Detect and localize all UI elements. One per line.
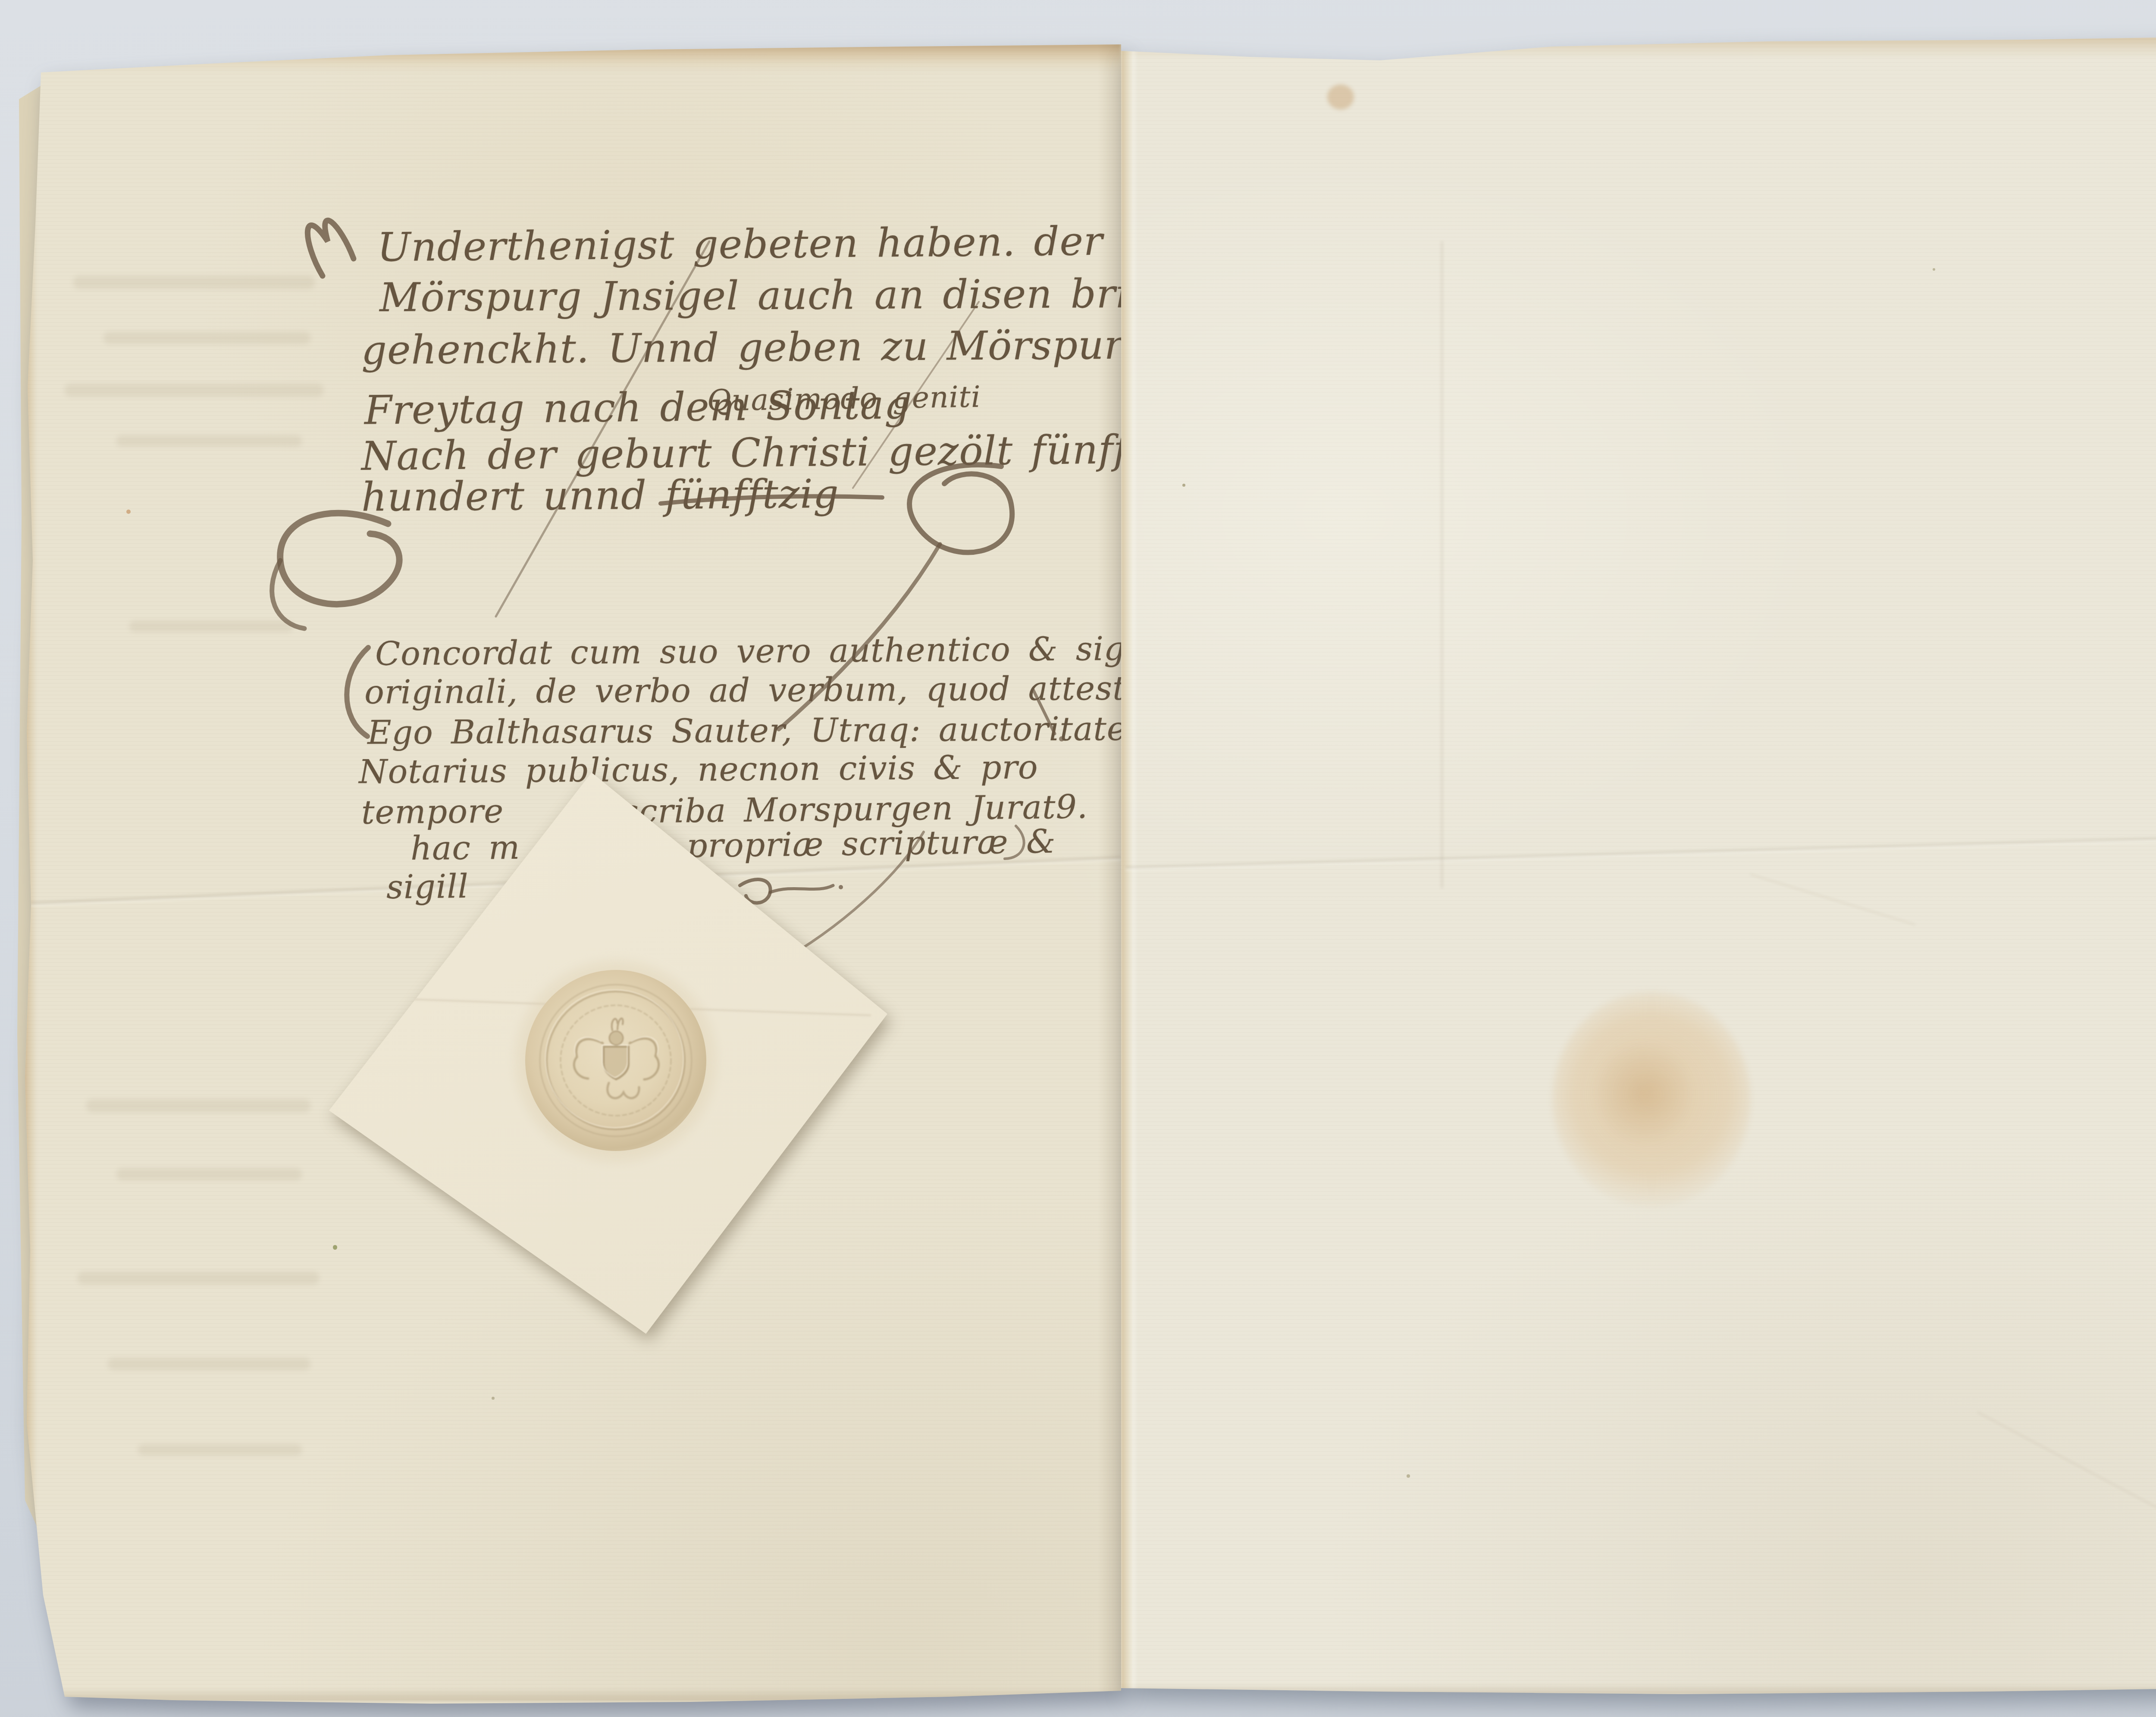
right-page-bottom-edge xyxy=(1121,1684,2156,1695)
right-page-vertical-crease xyxy=(1441,241,1443,888)
stain-core xyxy=(1595,1043,1690,1142)
small-top-stain xyxy=(1327,84,1354,109)
paper-fleck xyxy=(1407,1474,1410,1478)
paper-fleck xyxy=(1182,484,1185,487)
manuscript-photo: Underthenigst gebeten haben. der Statt M… xyxy=(0,0,2156,1717)
right-page-bottom-crease xyxy=(1977,1412,2156,1539)
paper-fleck xyxy=(1933,268,1935,271)
right-page-corner-crease xyxy=(1750,874,1915,926)
right-page xyxy=(0,0,2156,1717)
right-page-top-deckle xyxy=(1121,36,2156,59)
right-page-fold-crease xyxy=(1125,836,2156,868)
